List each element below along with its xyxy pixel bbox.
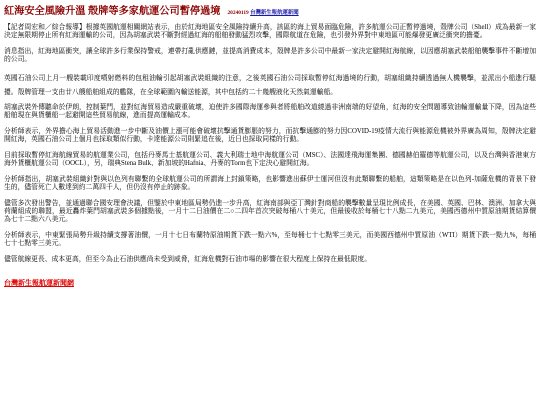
- article-page: 紅海安全風險升溫 殼牌等多家航運公司暫停過境 20240119 台灣新生報航運新…: [0, 0, 540, 290]
- article-headline: 紅海安全風險升溫 殼牌等多家航運公司暫停過境 20240119 台灣新生報航運新…: [4, 3, 536, 20]
- article-paragraph: 分析師表示，外界擔心海上貿易活動進一步中斷及油價上漲可能會破壞抗擊通貨膨脹的努力…: [4, 128, 536, 144]
- article-paragraph: 分析師表示，中東緊張局勢升級持續支撐著油價，一月十七日布蘭特原油期貨下跌一點六%…: [4, 232, 536, 248]
- article-title: 紅海安全風險升溫 殼牌等多家航運公司暫停過境: [4, 6, 220, 17]
- article-meta: 20240119 台灣新生報航運新聞: [227, 10, 298, 16]
- article-date: 20240119: [227, 10, 248, 16]
- article-paragraph: 儘管多次發出警告，並通過聯合國安理會決議，但鑒於中東地區局勢仍進一步升高，紅海南…: [4, 200, 536, 224]
- article-source-link[interactable]: 台灣新生報航運新聞: [250, 10, 299, 16]
- article-paragraph: 分析師指出，胡塞武裝組織針對與以色列有聯繫的全球航運公司的所謂海上封鎖策略，也影…: [4, 176, 536, 192]
- article-paragraph: 消息指出，紅海地區衝突，讓全球許多行業保持警戒，連帶打亂供應鏈，並提高消費成本，…: [4, 48, 536, 64]
- article-paragraph: 儘管航線更長、成本更高，但至今為止石油供應尚未受到威脅，紅海危機對石油市場的影響…: [4, 256, 536, 264]
- article-paragraph: 【記者周宏和／綜合報導】根據英國航運相關網站表示，由於紅海地區安全風險持續升高，…: [4, 24, 536, 40]
- news-site-link[interactable]: 台灣新生報航運新聞網: [4, 278, 74, 288]
- article-paragraph: 胡塞武裝外傳聽命於伊朗，控制葉門，並對紅海貿易造成嚴重破壞，迫使許多國際海運參與…: [4, 104, 536, 120]
- article-paragraph: 英國石油公司上月一艘裝載印度噴射燃料的包租油輪引起胡塞武裝組織的注意，之後英國石…: [4, 72, 536, 100]
- article-paragraph: 目前採取暫停紅海航線貿易的航運業公司，包括丹麥馬士基航運公司、義大利瑞士地中海航…: [4, 152, 536, 168]
